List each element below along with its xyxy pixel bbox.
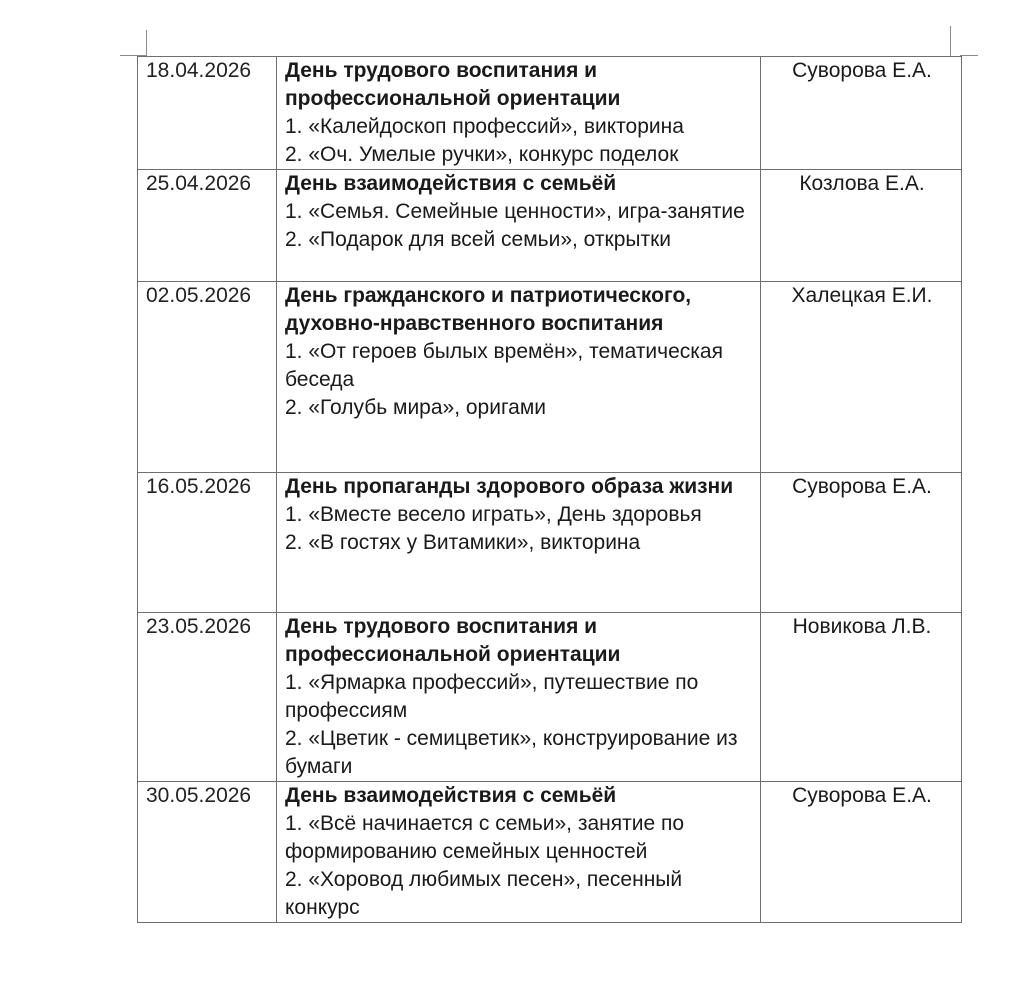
date-cell: 16.05.2026 [138,473,277,613]
responsible-cell: Суворова Е.А. [761,473,962,613]
event-cell: День трудового воспитания и профессионал… [277,613,761,782]
table-row: 18.04.2026 День трудового воспитания и п… [138,57,962,170]
activity-item: 1. «От героев былых времён», тематическа… [285,338,754,394]
event-cell: День взаимодействия с семьёй 1. «Семья. … [277,170,761,282]
event-cell: День пропаганды здорового образа жизни 1… [277,473,761,613]
event-cell: День гражданского и патриотического, дух… [277,282,761,473]
activity-item: 2. «Цветик - семицветик», конструировани… [285,725,754,781]
crop-mark-left-vertical [146,30,147,56]
date-cell: 25.04.2026 [138,170,277,282]
table-row: 30.05.2026 День взаимодействия с семьёй … [138,782,962,923]
table-row: 02.05.2026 День гражданского и патриотич… [138,282,962,473]
responsible-cell: Халецкая Е.И. [761,282,962,473]
table-row: 16.05.2026 День пропаганды здорового обр… [138,473,962,613]
responsible-cell: Суворова Е.А. [761,782,962,923]
crop-mark-right-horizontal [960,55,978,56]
activity-item: 2. «Оч. Умелые ручки», конкурс поделок [285,141,754,169]
day-theme: День пропаганды здорового образа жизни [285,473,754,501]
event-plan-table: 18.04.2026 День трудового воспитания и п… [137,56,962,923]
day-theme: День гражданского и патриотического, дух… [285,282,754,338]
day-theme: День взаимодействия с семьёй [285,170,754,198]
responsible-cell: Суворова Е.А. [761,57,962,170]
responsible-cell: Козлова Е.А. [761,170,962,282]
activity-item: 2. «Подарок для всей семьи», открытки [285,226,754,254]
activity-item: 2. «В гостях у Витамики», викторина [285,529,754,557]
activity-item: 1. «Всё начинается с семьи», занятие по … [285,810,754,866]
responsible-cell: Новикова Л.В. [761,613,962,782]
activity-item: 2. «Голубь мира», оригами [285,394,754,422]
date-cell: 02.05.2026 [138,282,277,473]
table-row: 23.05.2026 День трудового воспитания и п… [138,613,962,782]
date-cell: 18.04.2026 [138,57,277,170]
event-cell: День трудового воспитания и профессионал… [277,57,761,170]
date-cell: 23.05.2026 [138,613,277,782]
activity-item: 1. «Вместе весело играть», День здоровья [285,501,754,529]
event-cell: День взаимодействия с семьёй 1. «Всё нач… [277,782,761,923]
activity-item: 1. «Ярмарка профессий», путешествие по п… [285,669,754,725]
day-theme: День взаимодействия с семьёй [285,782,754,810]
day-theme: День трудового воспитания и профессионал… [285,57,754,113]
date-cell: 30.05.2026 [138,782,277,923]
activity-item: 2. «Хоровод любимых песен», песенный кон… [285,866,754,922]
table-row: 25.04.2026 День взаимодействия с семьёй … [138,170,962,282]
activity-item: 1. «Семья. Семейные ценности», игра-заня… [285,198,754,226]
day-theme: День трудового воспитания и профессионал… [285,613,754,669]
activity-item: 1. «Калейдоскоп профессий», викторина [285,113,754,141]
crop-mark-right-vertical [950,26,951,56]
